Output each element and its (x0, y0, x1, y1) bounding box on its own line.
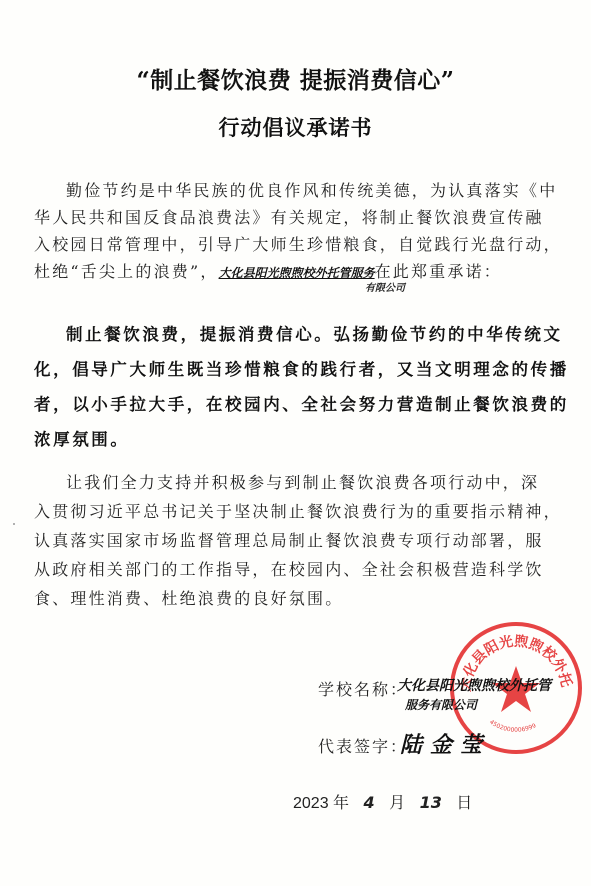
date-year-unit: 年 (333, 795, 349, 812)
school-name-label: 学校名称： (318, 677, 408, 700)
date-month-unit: 月 (389, 795, 405, 812)
handwritten-company-suffix: 有限公司 (365, 279, 405, 294)
paragraph1-line4: 杜绝“舌尖上的浪费”，大化县阳光煦煦校外托管服务在此郑重承诺： (34, 259, 502, 282)
date-year: 2023 (293, 795, 329, 812)
representative-label: 代表签字： (318, 734, 408, 757)
paragraph3-line2: 入贯彻习近平总书记关于坚决制止餐饮浪费行为的重要指示精神， (34, 499, 562, 522)
school-name-handwritten-line2: 服务有限公司 (405, 696, 477, 713)
document-title: “制止餐饮浪费 提振消费信心” (0, 62, 591, 95)
svg-text:4502000006999: 4502000006999 (488, 719, 537, 734)
date-month: 4 (364, 793, 375, 812)
representative-signature: 陆金莹 (400, 728, 490, 759)
paragraph1-line2: 华人民共和国反食品浪费法》有关规定，将制止餐饮浪费宣传融 (34, 205, 544, 228)
handwritten-company-name: 大化县阳光煦煦校外托管服务 (219, 266, 375, 280)
scan-speck (13, 523, 15, 525)
paragraph1-line1: 勤俭节约是中华民族的优良作风和传统美德，为认真落实《中 (66, 178, 557, 201)
school-name-handwritten-line1: 大化县阳光煦煦校外托管 (397, 675, 551, 695)
paragraph3-line3: 认真落实国家市场监督管理总局制止餐饮浪费专项行动部署，服 (34, 528, 544, 551)
document-subtitle: 行动倡议承诺书 (0, 112, 591, 142)
date-day: 13 (420, 793, 442, 812)
paragraph1-line3: 入校园日常管理中，引导广大师生珍惜粮食，自觉践行光盘行动， (34, 232, 562, 255)
paragraph3-line5: 食、理性消费、杜绝浪费的良好氛围。 (34, 586, 343, 609)
paragraph3-line1: 让我们全力支持并积极参与到制止餐饮浪费各项行动中，深 (66, 470, 539, 493)
paragraph2-line4: 浓厚氛围。 (34, 426, 130, 450)
paragraph1-line4-prefix: 杜绝“舌尖上的浪费”， (34, 262, 219, 281)
paragraph2-line1: 制止餐饮浪费，提振消费信心。弘扬勤俭节约的中华传统文 (66, 321, 563, 345)
paragraph2-line3: 者，以小手拉大手，在校园内、全社会努力营造制止餐饮浪费的 (34, 391, 569, 415)
paragraph3-line4: 从政府相关部门的工作指导，在校园内、全社会积极营造科学饮 (34, 557, 544, 580)
date-day-unit: 日 (456, 795, 472, 812)
signing-date: 2023 年 4 月 13 日 (293, 790, 472, 813)
document-page: “制止餐饮浪费 提振消费信心” 行动倡议承诺书 勤俭节约是中华民族的优良作风和传… (0, 0, 591, 886)
paragraph2-line2: 化，倡导广大师生既当珍惜粮食的践行者，又当文明理念的传播 (34, 356, 569, 380)
